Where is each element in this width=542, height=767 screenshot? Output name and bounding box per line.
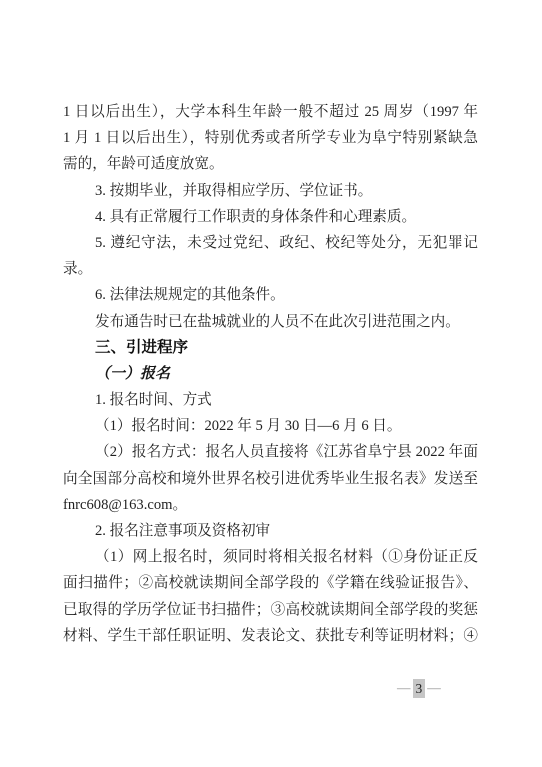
paragraph: （1）网上报名时，须同时将相关报名材料（①身份证正反面扫描件；②高校就读期间全部… bbox=[63, 544, 478, 649]
document-body: 1 日以后出生），大学本科生年龄一般不超过 25 周岁（1997 年1 月 1 … bbox=[63, 99, 478, 649]
page-number-field: 3 bbox=[413, 679, 426, 698]
text-line: 向全国部分高校和境外世界名校引进优秀毕业生报名表》发送至 bbox=[63, 466, 478, 492]
paragraph: 发布通告时已在盐城就业的人员不在此次引进范围之内。 bbox=[63, 309, 478, 335]
paragraph: 3. 按期毕业，并取得相应学历、学位证书。 bbox=[63, 178, 478, 204]
paragraph: （1）报名时间：2022 年 5 月 30 日—6 月 6 日。 bbox=[63, 413, 478, 439]
paragraph: 6. 法律法规规定的其他条件。 bbox=[63, 282, 478, 308]
text-line: （1）网上报名时，须同时将相关报名材料（①身份证正反 bbox=[63, 544, 478, 570]
paragraph: （2）报名方式：报名人员直接将《江苏省阜宁县 2022 年面向全国部分高校和境外… bbox=[63, 439, 478, 518]
text-line: 1. 报名时间、方式 bbox=[63, 387, 478, 413]
text-line: 三、引进程序 bbox=[63, 335, 478, 361]
text-line: （2）报名方式：报名人员直接将《江苏省阜宁县 2022 年面 bbox=[63, 439, 478, 465]
text-line: （1）报名时间：2022 年 5 月 30 日—6 月 6 日。 bbox=[63, 413, 478, 439]
text-line: 2. 报名注意事项及资格初审 bbox=[63, 518, 478, 544]
text-line: 3. 按期毕业，并取得相应学历、学位证书。 bbox=[63, 178, 478, 204]
paragraph: 4. 具有正常履行工作职责的身体条件和心理素质。 bbox=[63, 204, 478, 230]
text-line: （一）报名 bbox=[63, 361, 478, 387]
text-line: 面扫描件；②高校就读期间全部学段的《学籍在线验证报告》、 bbox=[63, 570, 478, 596]
text-line: 5. 遵纪守法，未受过党纪、政纪、校纪等处分，无犯罪记 bbox=[63, 230, 478, 256]
paragraph: 三、引进程序 bbox=[63, 335, 478, 361]
paragraph: （一）报名 bbox=[63, 361, 478, 387]
paragraph: 1 日以后出生），大学本科生年龄一般不超过 25 周岁（1997 年1 月 1 … bbox=[63, 99, 478, 178]
text-line: 发布通告时已在盐城就业的人员不在此次引进范围之内。 bbox=[63, 309, 478, 335]
text-line: fnrc608@163.com。 bbox=[63, 492, 478, 518]
paragraph: 1. 报名时间、方式 bbox=[63, 387, 478, 413]
text-line: 1 日以后出生），大学本科生年龄一般不超过 25 周岁（1997 年 bbox=[63, 99, 478, 125]
document-page: 1 日以后出生），大学本科生年龄一般不超过 25 周岁（1997 年1 月 1 … bbox=[0, 0, 542, 767]
text-line: 需的，年龄可适度放宽。 bbox=[63, 151, 478, 177]
text-line: 6. 法律法规规定的其他条件。 bbox=[63, 282, 478, 308]
text-line: 4. 具有正常履行工作职责的身体条件和心理素质。 bbox=[63, 204, 478, 230]
text-line: 材料、学生干部任职证明、发表论文、获批专利等证明材料；④ bbox=[63, 623, 478, 649]
page-footer: — 3 — bbox=[397, 678, 441, 698]
text-line: 录。 bbox=[63, 256, 478, 282]
text-line: 已取得的学历学位证书扫描件；③高校就读期间全部学段的奖惩 bbox=[63, 597, 478, 623]
paragraph: 2. 报名注意事项及资格初审 bbox=[63, 518, 478, 544]
text-line: 1 月 1 日以后出生），特别优秀或者所学专业为阜宁特别紧缺急 bbox=[63, 125, 478, 151]
paragraph: 5. 遵纪守法，未受过党纪、政纪、校纪等处分，无犯罪记录。 bbox=[63, 230, 478, 282]
footer-dash-right: — bbox=[427, 678, 441, 698]
footer-dash-left: — bbox=[397, 678, 411, 698]
